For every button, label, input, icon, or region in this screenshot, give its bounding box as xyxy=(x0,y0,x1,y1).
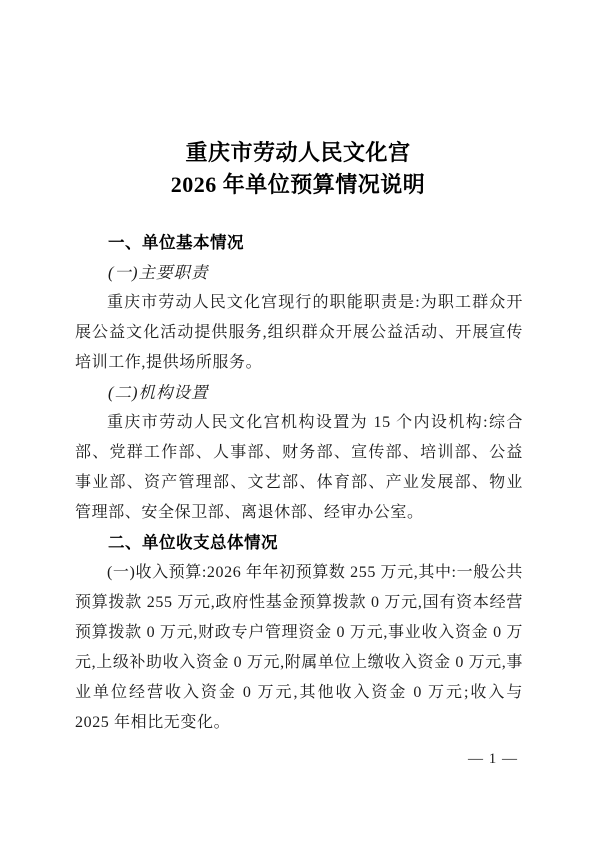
document-body: 一、单位基本情况 (一)主要职责 重庆市劳动人民文化宫现行的职能职责是:为职工群… xyxy=(75,228,523,738)
subsection-heading-1-1: (一)主要职责 xyxy=(75,258,523,288)
document-title: 重庆市劳动人民文化宫 2026 年单位预算情况说明 xyxy=(0,137,596,201)
document-page: 重庆市劳动人民文化宫 2026 年单位预算情况说明 一、单位基本情况 (一)主要… xyxy=(0,0,596,842)
section-heading-1: 一、单位基本情况 xyxy=(75,228,523,258)
paragraph-duties: 重庆市劳动人民文化宫现行的职能职责是:为职工群众开展公益文化活动提供服务,组织群… xyxy=(75,288,523,378)
paragraph-structure: 重庆市劳动人民文化宫机构设置为 15 个内设机构:综合部、党群工作部、人事部、财… xyxy=(75,408,523,528)
subsection-heading-1-2: (二)机构设置 xyxy=(75,378,523,408)
paragraph-income-budget: (一)收入预算:2026 年年初预算数 255 万元,其中:一般公共预算拨款 2… xyxy=(75,558,523,738)
section-heading-2: 二、单位收支总体情况 xyxy=(75,528,523,558)
document-title-line-2: 2026 年单位预算情况说明 xyxy=(0,169,596,201)
document-title-line-1: 重庆市劳动人民文化宫 xyxy=(0,137,596,169)
page-number: — 1 — xyxy=(468,748,518,770)
